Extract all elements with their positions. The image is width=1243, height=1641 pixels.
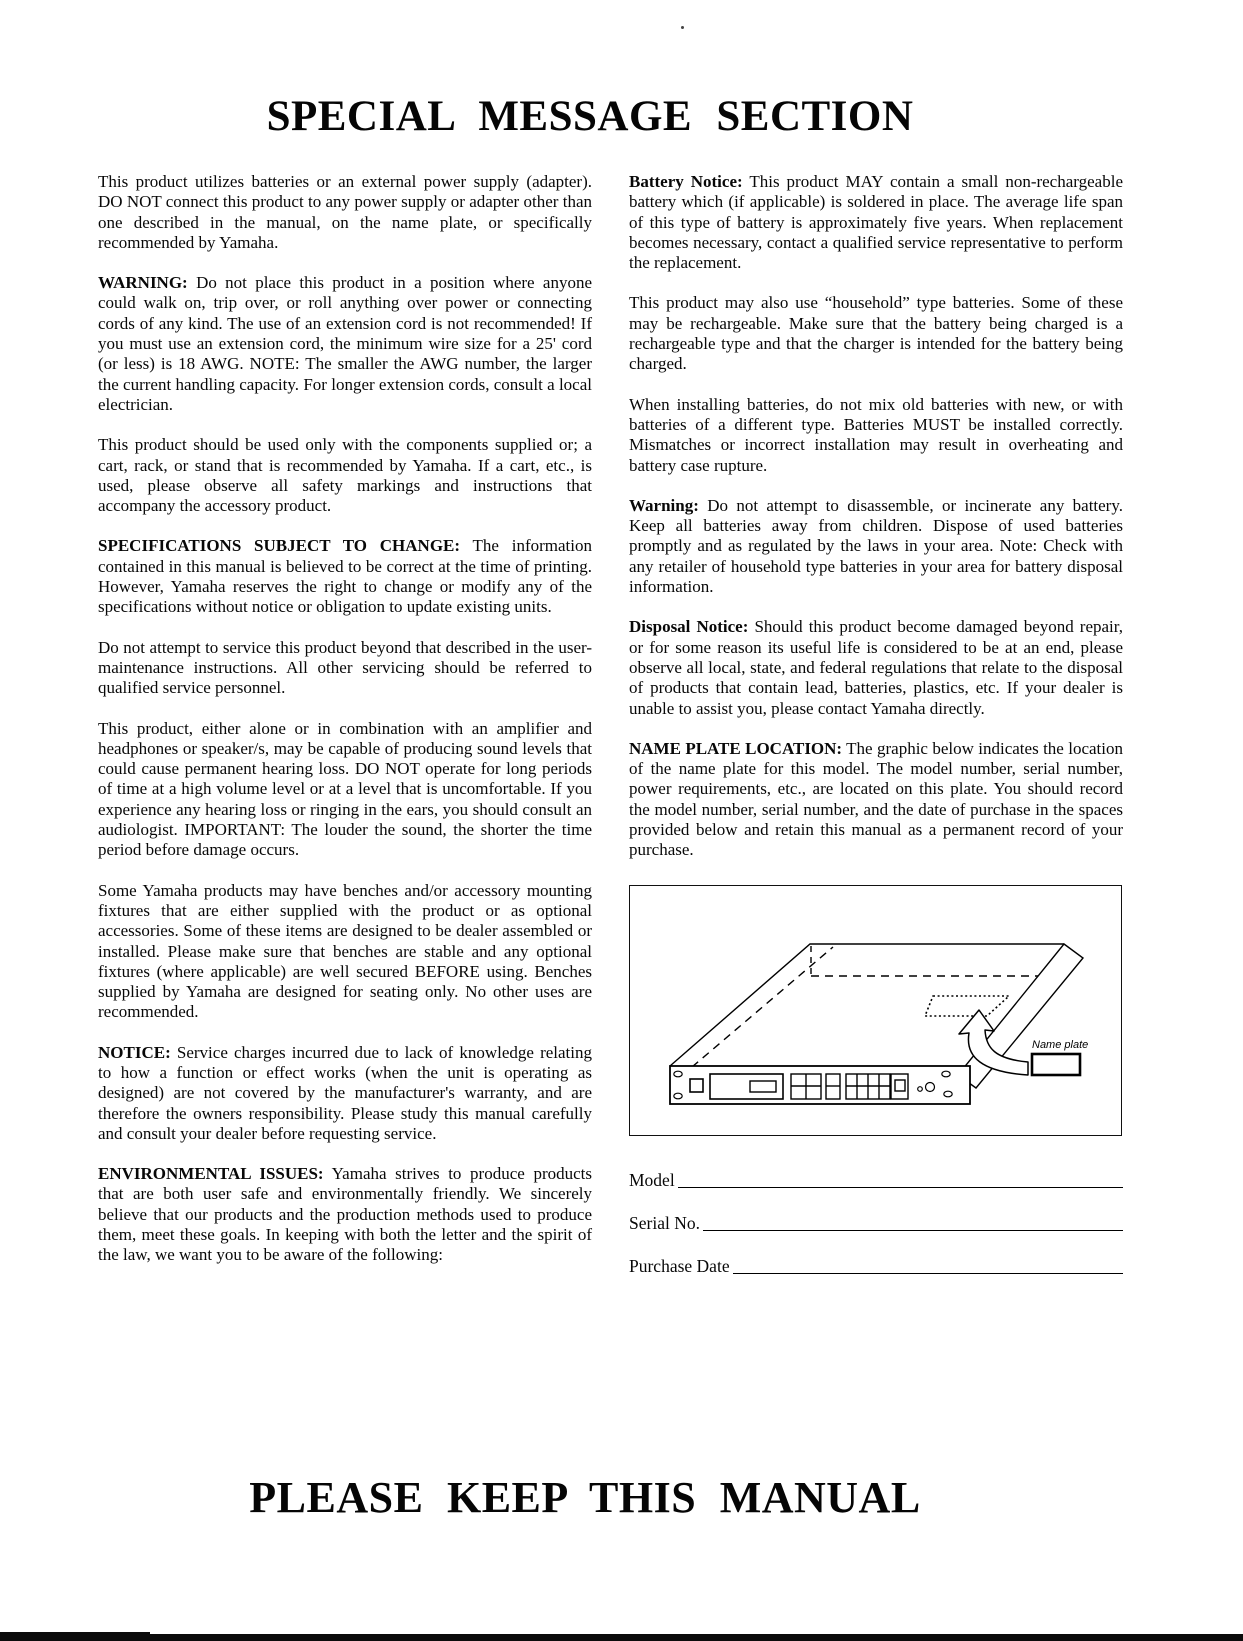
two-column-body: This product utilizes batteries or an ex… [98,172,1123,1286]
paragraph-text: Some Yamaha products may have benches an… [98,881,592,1022]
paragraph: SPECIFICATIONS SUBJECT TO CHANGE: The in… [98,536,592,617]
panel-knob-small [918,1086,923,1091]
paragraph-text: Service charges incurred due to lack of … [98,1043,592,1143]
scan-artifact-dot [681,26,684,29]
panel-button [690,1079,703,1092]
paragraph-text: Do not attempt to service this product b… [98,638,592,698]
paragraph-lead: ENVIRONMENTAL ISSUES: [98,1164,324,1183]
scan-edge-bar-chunk [0,1632,150,1636]
purchase-date-field-label: Purchase Date [629,1256,730,1277]
page-title: SPECIAL MESSAGE SECTION [0,92,1180,141]
paragraph: Warning: Do not attempt to disassemble, … [629,496,1123,597]
model-field-line [678,1187,1123,1188]
paragraph: NAME PLATE LOCATION: The graphic below i… [629,739,1123,861]
paragraph: This product may also use “household” ty… [629,293,1123,374]
paragraph: Some Yamaha products may have benches an… [98,881,592,1023]
purchase-date-field-line [733,1273,1123,1274]
device-illustration: Name plate [630,886,1118,1132]
paragraph-text: When installing batteries, do not mix ol… [629,395,1123,475]
paragraph-text: This product may also use “household” ty… [629,293,1123,373]
device-front-panel [670,1066,970,1104]
purchase-date-field: Purchase Date [629,1253,1123,1277]
record-fields: Model Serial No. Purchase Date [629,1167,1123,1277]
paragraph-text: Do not attempt to disassemble, or incine… [629,496,1123,596]
paragraph-lead: Battery Notice: [629,172,743,191]
paragraph: Disposal Notice: Should this product bec… [629,617,1123,718]
paragraph: Do not attempt to service this product b… [98,638,592,699]
name-plate-label: Name plate [1032,1039,1088,1051]
model-field-label: Model [629,1170,675,1191]
paragraph-text: Do not place this product in a position … [98,273,592,414]
paragraph-lead: Warning: [629,496,699,515]
paragraph-lead: NOTICE: [98,1043,171,1062]
footer-title: PLEASE KEEP THIS MANUAL [0,1472,1170,1523]
paragraph-lead: NAME PLATE LOCATION: [629,739,842,758]
paragraph-text: This product utilizes batteries or an ex… [98,172,592,252]
paragraph-text: This product, either alone or in combina… [98,719,592,860]
model-field: Model [629,1167,1123,1191]
scan-edge-bar [0,1634,1243,1641]
name-plate-diagram: Name plate [629,885,1122,1136]
right-column: Battery Notice: This product MAY contain… [629,172,1123,1277]
paragraph: Battery Notice: This product MAY contain… [629,172,1123,273]
serial-number-field-label: Serial No. [629,1213,700,1234]
paragraph: This product utilizes batteries or an ex… [98,172,592,253]
paragraph: WARNING: Do not place this product in a … [98,273,592,415]
left-column: This product utilizes batteries or an ex… [98,172,592,1286]
paragraph-lead: Disposal Notice: [629,617,748,636]
panel-button-group [791,1074,908,1099]
paragraph: This product should be used only with th… [98,435,592,516]
name-plate-box [1032,1054,1080,1075]
serial-number-field: Serial No. [629,1210,1123,1234]
paragraph: This product, either alone or in combina… [98,719,592,861]
serial-number-field-line [703,1230,1123,1231]
paragraph-lead: SPECIFICATIONS SUBJECT TO CHANGE: [98,536,460,555]
panel-knob-large [926,1082,935,1091]
paragraph-lead: WARNING: [98,273,188,292]
paragraph: ENVIRONMENTAL ISSUES: Yamaha strives to … [98,1164,592,1265]
paragraph: NOTICE: Service charges incurred due to … [98,1043,592,1144]
name-plate-location-dotted [925,996,1009,1016]
manual-page: SPECIAL MESSAGE SECTION This product uti… [0,0,1243,1641]
paragraph: When installing batteries, do not mix ol… [629,395,1123,476]
paragraph-text: This product should be used only with th… [98,435,592,515]
